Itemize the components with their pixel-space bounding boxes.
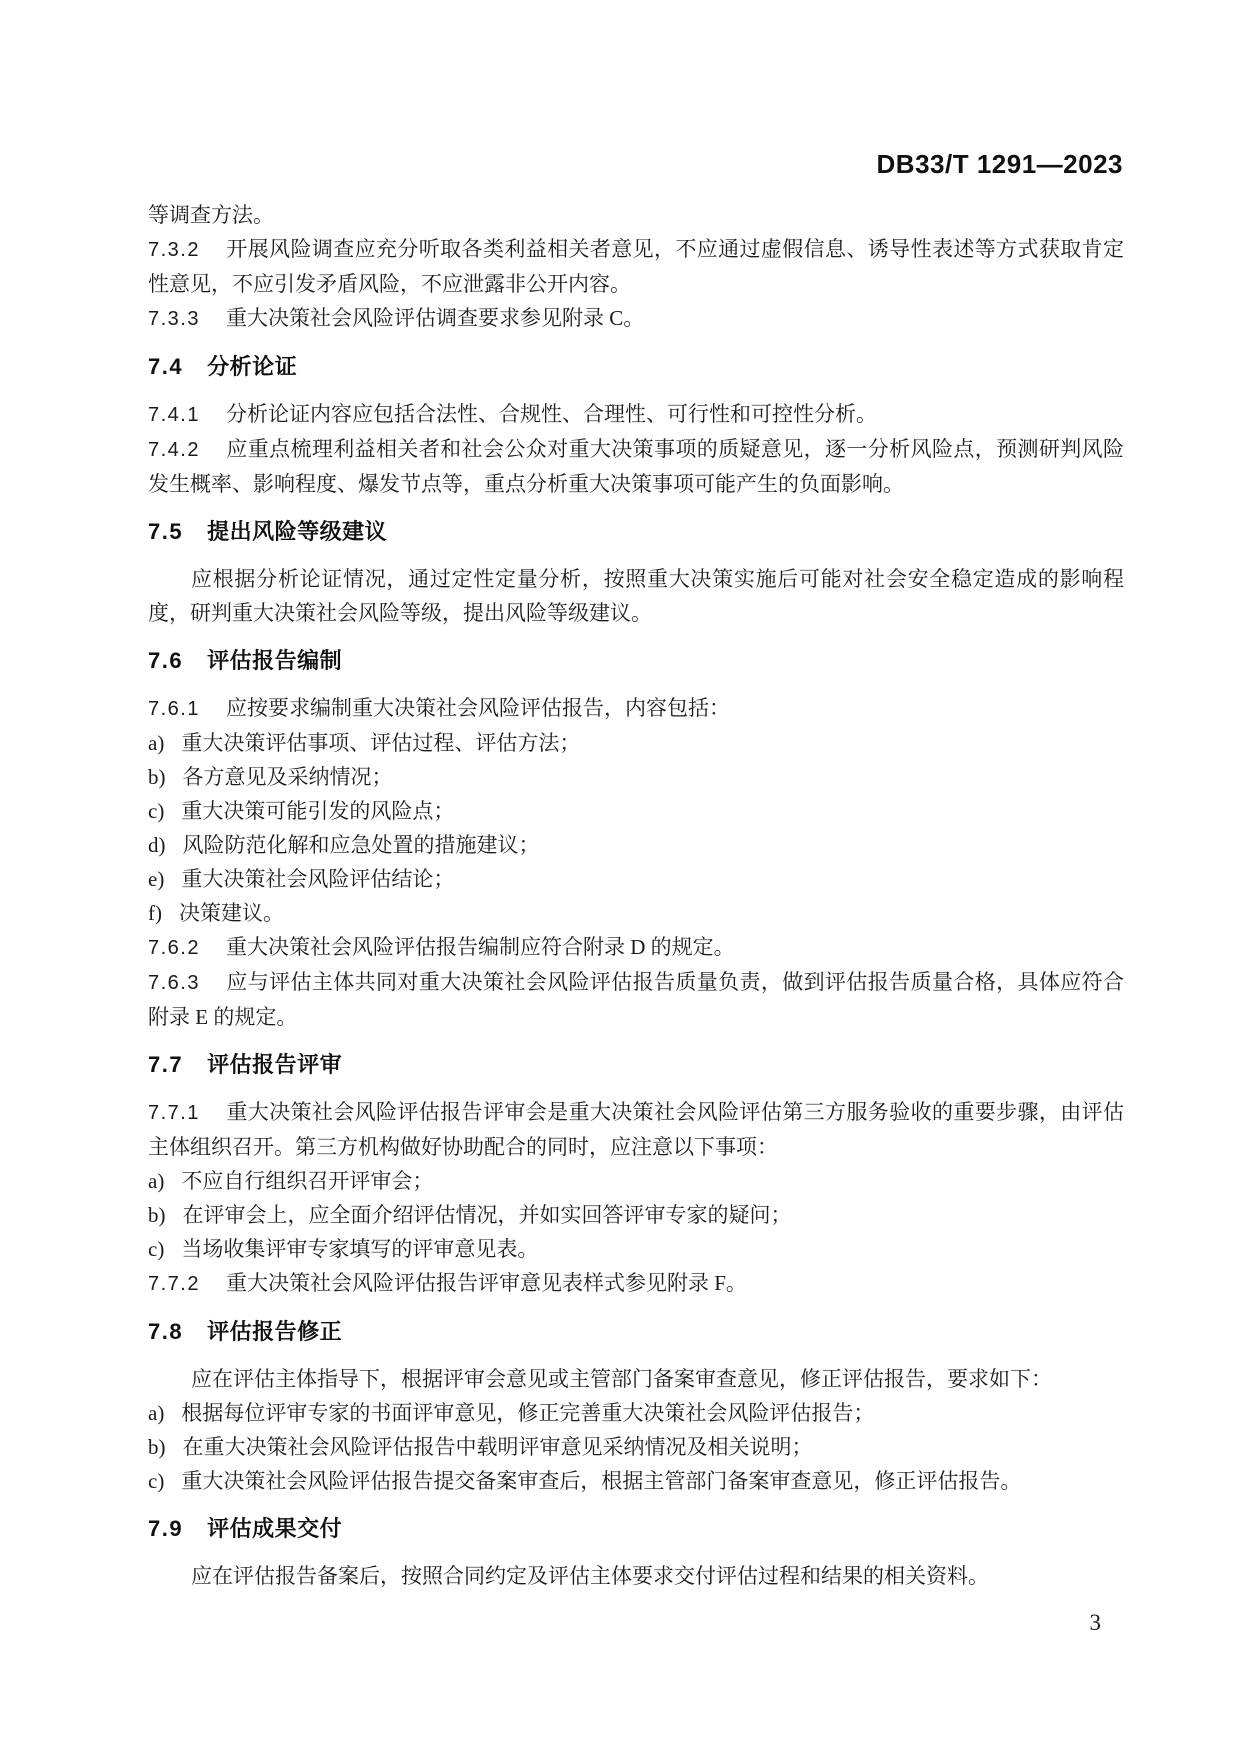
section-title: 评估报告修正 [207, 1319, 342, 1344]
clause: 7.6.2重大决策社会风险评估报告编制应符合附录 D 的规定。 [148, 930, 1124, 965]
list-item: c)当场收集评审专家填写的评审意见表。 [148, 1232, 1124, 1266]
section-heading: 7.4分析论证 [148, 350, 1124, 384]
section-number: 7.9 [148, 1516, 183, 1541]
list-item-label: a) [148, 731, 164, 755]
list-item-text: 决策建议。 [179, 901, 284, 925]
section-heading: 7.5提出风险等级建议 [148, 515, 1124, 549]
list-item-label: b) [148, 1203, 166, 1227]
continuation-line: 等调查方法。 [148, 198, 1124, 232]
list-item: b)各方意见及采纳情况； [148, 760, 1124, 794]
list-item-label: d) [148, 833, 166, 857]
list-item-label: c) [148, 1469, 164, 1493]
list-item-label: f) [148, 901, 162, 925]
clause-text: 应与评估主体共同对重大决策社会风险评估报告质量负责，做到评估报告质量合格，具体应… [148, 970, 1124, 1029]
list-item: c)重大决策可能引发的风险点； [148, 794, 1124, 828]
list-item-text: 重大决策评估事项、评估过程、评估方法； [181, 731, 580, 755]
clause: 7.6.3应与评估主体共同对重大决策社会风险评估报告质量负责，做到评估报告质量合… [148, 965, 1124, 1034]
section-title: 评估报告评审 [207, 1052, 342, 1077]
clause-number: 7.6.1 [148, 698, 200, 720]
list-item: b)在重大决策社会风险评估报告中载明评审意见采纳情况及相关说明； [148, 1430, 1124, 1464]
list-item-label: b) [148, 765, 166, 789]
list-item-label: a) [148, 1401, 164, 1425]
clause: 7.3.3重大决策社会风险评估调查要求参见附录 C。 [148, 301, 1124, 336]
clause-text: 应重点梳理利益相关者和社会公众对重大决策事项的质疑意见，逐一分析风险点，预测研判… [148, 437, 1124, 496]
clause-text: 重大决策社会风险评估报告编制应符合附录 D 的规定。 [226, 935, 735, 959]
section-title: 评估成果交付 [207, 1516, 342, 1541]
clause-text: 分析论证内容应包括合法性、合规性、合理性、可行性和可控性分析。 [226, 402, 877, 426]
clause-number: 7.7.2 [148, 1273, 200, 1295]
list-item-label: b) [148, 1435, 166, 1459]
clause: 7.6.1应按要求编制重大决策社会风险评估报告，内容包括： [148, 691, 1124, 726]
list-item-label: a) [148, 1169, 164, 1193]
section-heading: 7.7评估报告评审 [148, 1048, 1124, 1082]
doc-number-header: DB33/T 1291—2023 [877, 149, 1123, 180]
list-item-text: 重大决策可能引发的风险点； [181, 799, 454, 823]
paragraph: 应在评估主体指导下，根据评审会意见或主管部门备案审查意见，修正评估报告，要求如下… [148, 1362, 1124, 1396]
clause: 7.7.1重大决策社会风险评估报告评审会是重大决策社会风险评估第三方服务验收的重… [148, 1095, 1124, 1164]
section-number: 7.7 [148, 1052, 183, 1077]
list-item-text: 各方意见及采纳情况； [183, 765, 393, 789]
clause: 7.3.2开展风险调查应充分听取各类利益相关者意见，不应通过虚假信息、诱导性表述… [148, 232, 1124, 301]
clause-text: 重大决策社会风险评估报告评审意见表样式参见附录 F。 [226, 1271, 747, 1295]
section-number: 7.8 [148, 1319, 183, 1344]
page-number: 3 [1090, 1610, 1102, 1636]
clause-number: 7.4.1 [148, 404, 200, 426]
section-heading: 7.9评估成果交付 [148, 1512, 1124, 1546]
list-item-text: 重大决策社会风险评估结论； [181, 867, 454, 891]
document-body: 等调查方法。7.3.2开展风险调查应充分听取各类利益相关者意见，不应通过虚假信息… [148, 198, 1124, 1593]
paragraph: 应根据分析论证情况，通过定性定量分析，按照重大决策实施后可能对社会安全稳定造成的… [148, 562, 1124, 630]
list-item: a)不应自行组织召开评审会； [148, 1164, 1124, 1198]
list-item: f)决策建议。 [148, 896, 1124, 930]
section-heading: 7.8评估报告修正 [148, 1315, 1124, 1349]
clause-text: 应按要求编制重大决策社会风险评估报告，内容包括： [226, 696, 730, 720]
list-item: a)根据每位评审专家的书面评审意见，修正完善重大决策社会风险评估报告； [148, 1396, 1124, 1430]
list-item: a)重大决策评估事项、评估过程、评估方法； [148, 726, 1124, 760]
clause-number: 7.6.2 [148, 937, 200, 959]
list-item: d)风险防范化解和应急处置的措施建议； [148, 828, 1124, 862]
section-number: 7.5 [148, 519, 183, 544]
paragraph: 应在评估报告备案后，按照合同约定及评估主体要求交付评估过程和结果的相关资料。 [148, 1559, 1124, 1593]
clause-text: 开展风险调查应充分听取各类利益相关者意见，不应通过虚假信息、诱导性表述等方式获取… [148, 237, 1124, 296]
clause-number: 7.3.2 [148, 239, 200, 261]
list-item-text: 风险防范化解和应急处置的措施建议； [183, 833, 540, 857]
list-item-label: c) [148, 799, 164, 823]
list-item: e)重大决策社会风险评估结论； [148, 862, 1124, 896]
clause: 7.7.2重大决策社会风险评估报告评审意见表样式参见附录 F。 [148, 1266, 1124, 1301]
clause-number: 7.4.2 [148, 439, 200, 461]
list-item-label: c) [148, 1237, 164, 1261]
section-number: 7.6 [148, 648, 183, 673]
list-item-text: 当场收集评审专家填写的评审意见表。 [181, 1237, 538, 1261]
clause: 7.4.2应重点梳理利益相关者和社会公众对重大决策事项的质疑意见，逐一分析风险点… [148, 432, 1124, 501]
section-number: 7.4 [148, 354, 183, 379]
list-item-text: 在重大决策社会风险评估报告中载明评审意见采纳情况及相关说明； [183, 1435, 813, 1459]
section-heading: 7.6评估报告编制 [148, 644, 1124, 678]
clause-text: 重大决策社会风险评估调查要求参见附录 C。 [226, 306, 644, 330]
list-item: c)重大决策社会风险评估报告提交备案审查后，根据主管部门备案审查意见，修正评估报… [148, 1464, 1124, 1498]
section-title: 提出风险等级建议 [207, 519, 387, 544]
clause-number: 7.3.3 [148, 308, 200, 330]
section-title: 评估报告编制 [207, 648, 342, 673]
clause-number: 7.6.3 [148, 972, 200, 994]
document-page: DB33/T 1291—2023 等调查方法。7.3.2开展风险调查应充分听取各… [0, 0, 1241, 1754]
list-item-label: e) [148, 867, 164, 891]
list-item-text: 重大决策社会风险评估报告提交备案审查后，根据主管部门备案审查意见，修正评估报告。 [181, 1469, 1021, 1493]
clause: 7.4.1分析论证内容应包括合法性、合规性、合理性、可行性和可控性分析。 [148, 397, 1124, 432]
section-title: 分析论证 [207, 354, 297, 379]
list-item-text: 根据每位评审专家的书面评审意见，修正完善重大决策社会风险评估报告； [181, 1401, 874, 1425]
list-item-text: 不应自行组织召开评审会； [181, 1169, 433, 1193]
clause-text: 重大决策社会风险评估报告评审会是重大决策社会风险评估第三方服务验收的重要步骤，由… [148, 1100, 1124, 1159]
clause-number: 7.7.1 [148, 1102, 200, 1124]
list-item-text: 在评审会上，应全面介绍评估情况，并如实回答评审专家的疑问； [183, 1203, 792, 1227]
list-item: b)在评审会上，应全面介绍评估情况，并如实回答评审专家的疑问； [148, 1198, 1124, 1232]
